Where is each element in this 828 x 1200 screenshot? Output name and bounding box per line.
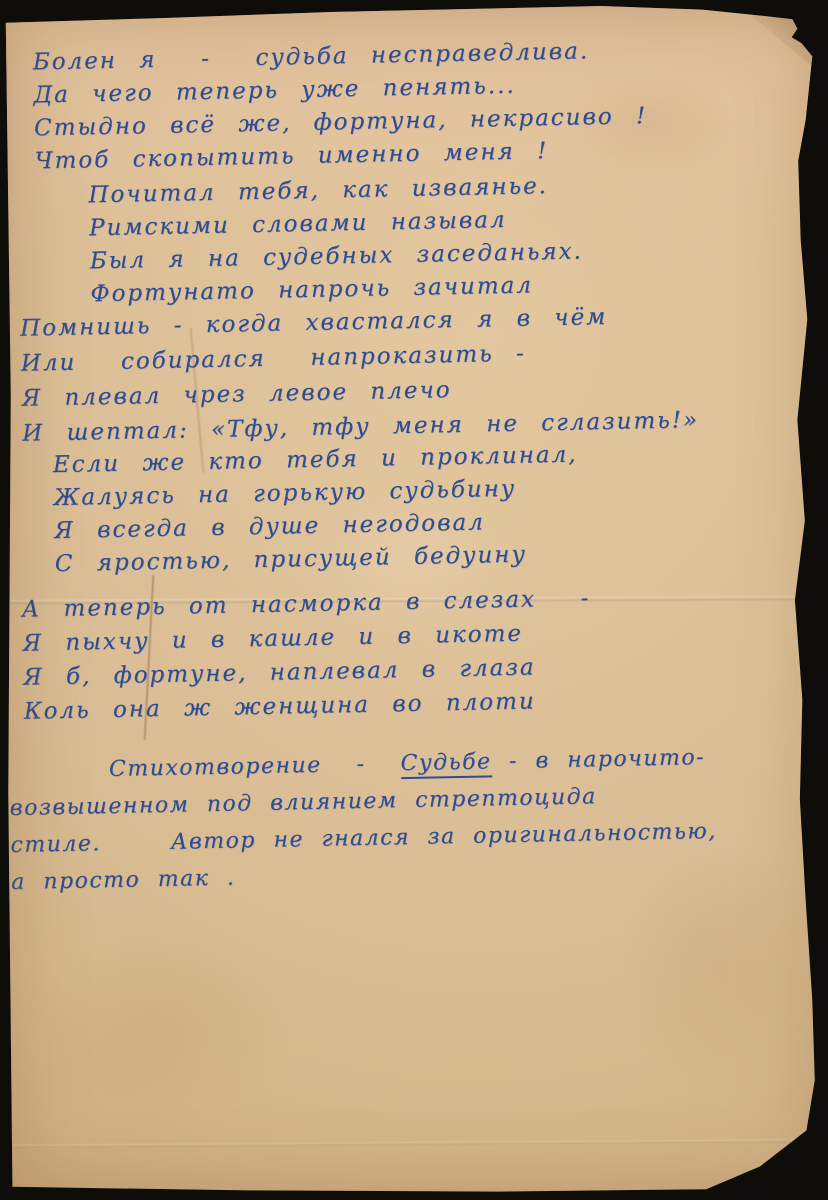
stanza-2: Почитал тебя, как изваянье. Римскими сло… bbox=[88, 169, 584, 311]
author-note: Стихотворение - Судьбе - в нарочито- воз… bbox=[9, 737, 824, 901]
paper-sheet: Болен я - судьба несправедлива. Да чего … bbox=[0, 0, 828, 1200]
underlined-poem-title: Судьбе bbox=[400, 749, 492, 779]
photo-background: { "colors": { "background": "#0e0d0a", "… bbox=[0, 0, 828, 1200]
stanza-1: Болен я - судьба несправедлива. Да чего … bbox=[32, 34, 648, 178]
note-prefix: Стихотворение - bbox=[109, 751, 401, 782]
handwritten-text: Болен я - судьба несправедлива. Да чего … bbox=[0, 0, 828, 1200]
stanza-3: Помнишь - когда хвастался я в чём Или со… bbox=[20, 298, 700, 452]
stanza-4: Если же кто тебя и проклинал, Жалуясь на… bbox=[53, 439, 580, 582]
stanza-5: А теперь от насморка в слезах - Я пыхчу … bbox=[21, 581, 592, 728]
note-suffix: - в нарочито- bbox=[491, 745, 705, 774]
